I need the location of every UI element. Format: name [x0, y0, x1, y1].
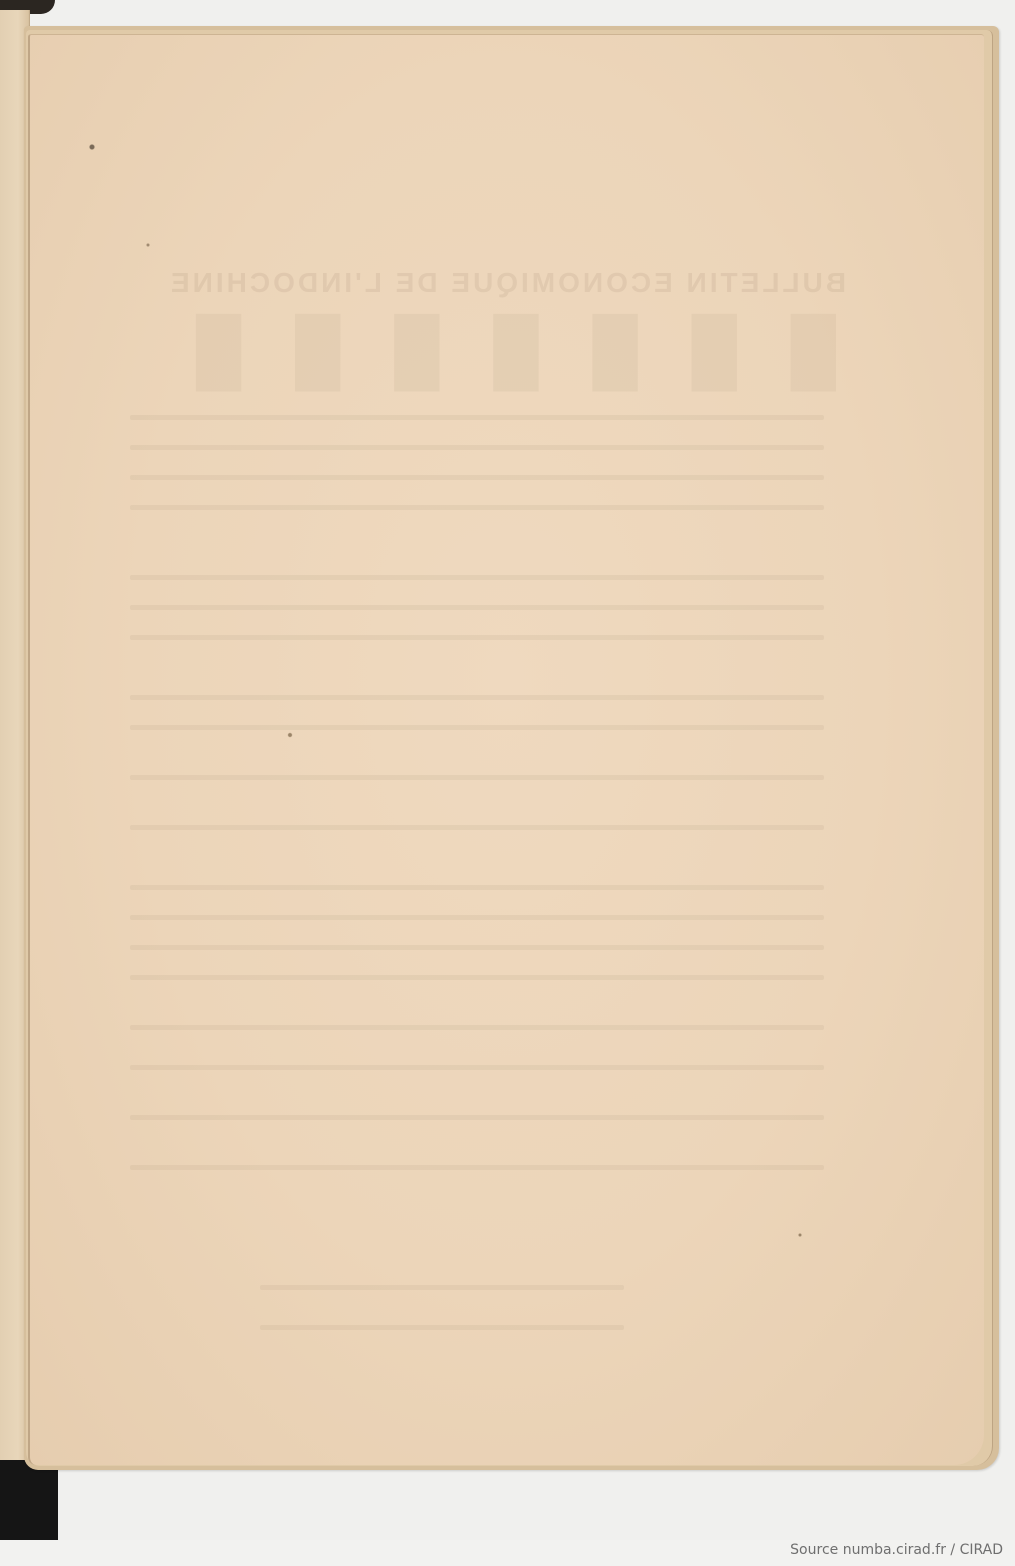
bleed-through-line	[130, 635, 824, 640]
bleed-through-line	[130, 575, 824, 580]
bleed-through-line	[130, 415, 824, 420]
bleed-through-line	[130, 1025, 824, 1030]
bleed-through-line	[260, 1325, 624, 1330]
bleed-through-heading: █ █ █ █ █ █ █	[30, 313, 984, 387]
scan-area: BULLETIN ECONOMIQUE DE L'INDOCHINE █ █ █…	[0, 0, 1015, 1540]
bleed-through-line	[130, 1165, 824, 1170]
bleed-through-line	[130, 445, 824, 450]
bleed-through-line	[260, 1285, 624, 1290]
bleed-through-line	[130, 775, 824, 780]
bleed-through-title: BULLETIN ECONOMIQUE DE L'INDOCHINE	[30, 267, 984, 299]
bleed-through-line	[130, 695, 824, 700]
bleed-through-line	[130, 945, 824, 950]
bleed-through-line	[130, 885, 824, 890]
bleed-through-line	[130, 475, 824, 480]
bleed-through-line	[130, 975, 824, 980]
bleed-through-line	[130, 1065, 824, 1070]
bleed-through-line	[130, 605, 824, 610]
bleed-through-line	[130, 725, 824, 730]
book-binding	[0, 1460, 58, 1540]
bleed-through-line	[130, 915, 824, 920]
source-credit: Source numba.cirad.fr / CIRAD	[790, 1542, 1003, 1558]
bleed-through-line	[130, 825, 824, 830]
bleed-through-line	[130, 1115, 824, 1120]
bleed-through-line	[130, 505, 824, 510]
scanned-page: BULLETIN ECONOMIQUE DE L'INDOCHINE █ █ █…	[28, 34, 984, 1465]
